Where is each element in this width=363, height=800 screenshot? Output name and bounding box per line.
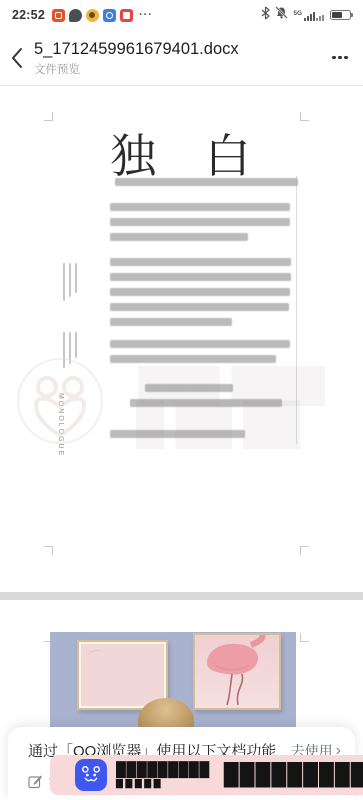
redacted-text-line <box>130 399 282 407</box>
side-caption: MONOLOGUE <box>57 393 64 457</box>
more-options-button[interactable] <box>317 30 363 86</box>
redacted-vertical-text-line <box>63 263 65 301</box>
chat-bubble-icon <box>69 9 82 22</box>
redacted-brand-name: █████████ <box>116 762 210 777</box>
redacted-text-line <box>110 355 276 363</box>
signal-icon: 5G <box>293 10 324 21</box>
redacted-vertical-text-line <box>75 263 77 293</box>
page-corner-mark <box>300 546 309 555</box>
redacted-text-line <box>110 273 291 281</box>
document-title-bar: 5_1712459961679401.docx 文件预览 <box>0 30 363 86</box>
flamingo-illustration <box>195 635 279 708</box>
redacted-text-line <box>145 384 233 392</box>
redacted-text-line <box>115 178 298 186</box>
brand-app-icon <box>75 759 107 791</box>
preview-mode-label: 文件预览 <box>34 61 317 77</box>
file-name: 5_1712459961679401.docx <box>34 40 317 59</box>
redacted-text-line <box>110 288 290 296</box>
notification-app-icon <box>52 9 65 22</box>
clock: 22:52 <box>12 8 45 22</box>
back-button[interactable] <box>0 30 34 86</box>
redacted-text-line <box>110 203 290 211</box>
document-heading: 独 白 <box>0 120 363 186</box>
redacted-brand-name-large: █████████ <box>224 763 363 787</box>
notification-app-icon <box>86 9 99 22</box>
redacted-text-line <box>110 258 291 266</box>
redacted-text-line <box>110 318 232 326</box>
redacted-brand-subtitle: ▇▇▇▇▇ <box>116 779 210 788</box>
status-bar: 22:52 ··· 5G <box>0 0 363 30</box>
flamingo-picture-frame <box>193 633 281 710</box>
document-page-1: 独 白 MONOLOGUE ███▌████ █ ██ ██ <box>0 86 363 592</box>
redacted-text-line <box>110 218 290 226</box>
battery-icon <box>330 10 351 21</box>
notification-app-icon <box>103 9 116 22</box>
redacted-vertical-text-line <box>63 332 65 368</box>
redacted-vertical-text-line <box>69 263 71 297</box>
document-viewer[interactable]: 独 白 MONOLOGUE ███▌████ █ ██ ██ <box>0 86 363 800</box>
twig-decoration <box>86 648 106 662</box>
more-notifications-icon: ··· <box>139 9 153 21</box>
redacted-text-line <box>110 233 248 241</box>
notification-app-icon <box>120 9 133 22</box>
redacted-vertical-text-line <box>75 332 77 358</box>
redacted-vertical-text-line <box>69 332 71 364</box>
page-separator <box>0 592 363 600</box>
redacted-text-line <box>110 303 289 311</box>
redacted-text-line <box>110 340 290 348</box>
phone-screen: 22:52 ··· 5G <box>0 0 363 800</box>
mute-bell-icon <box>275 6 288 24</box>
bluetooth-icon <box>261 6 270 25</box>
watermark-text-ghost: █ ██ ██ <box>136 402 300 447</box>
chevron-left-icon <box>8 45 26 71</box>
edit-icon <box>28 774 43 789</box>
network-type-label: 5G <box>293 10 302 17</box>
watermark-brand-bar: █████████ ▇▇▇▇▇ █████████ <box>50 755 363 795</box>
text-column-rule <box>296 176 297 444</box>
page-corner-mark <box>44 546 53 555</box>
page-corner-mark <box>300 633 309 642</box>
redacted-text-line <box>110 430 245 438</box>
